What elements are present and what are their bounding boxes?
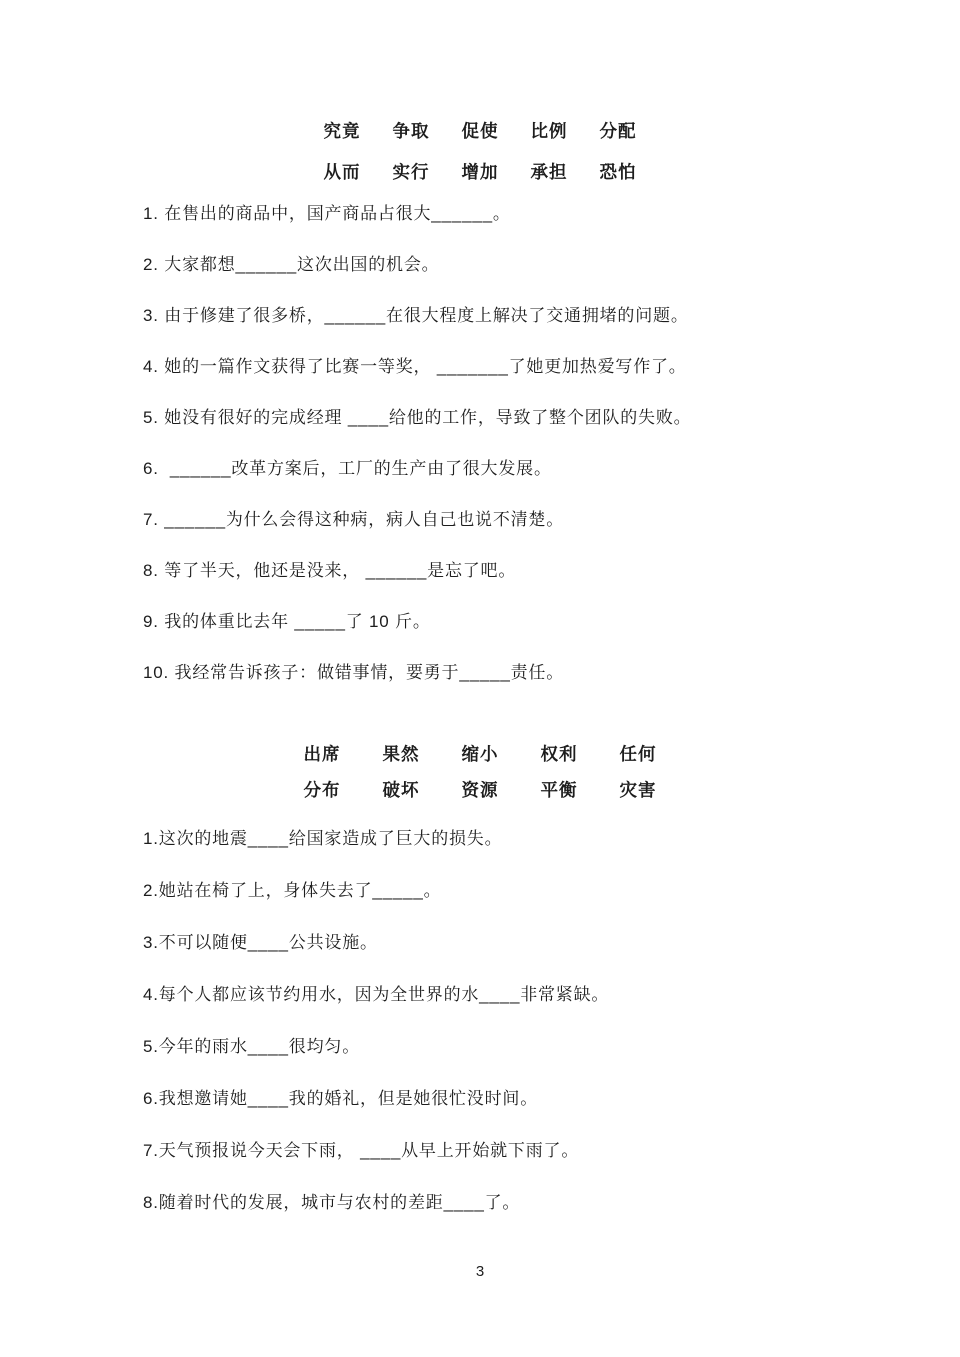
exercise-item: 1.这次的地震____给国家造成了巨大的损失。 — [143, 827, 920, 851]
exercise-item: 7.天气预报说今天会下雨， ____从早上开始就下雨了。 — [143, 1139, 920, 1163]
word-bank-1: 究竟 争取 促使 比例 分配 从而 实行 增加 承担 恐怕 — [0, 119, 960, 184]
exercise-item: 8. 等了半天，他还是没来， ______是忘了吧。 — [143, 559, 920, 583]
word-bank-word: 增加 — [462, 160, 499, 184]
word-bank-word: 比例 — [531, 119, 568, 143]
word-bank-word: 实行 — [393, 160, 430, 184]
page-number: 3 — [0, 1262, 960, 1282]
word-bank-word: 缩小 — [462, 742, 499, 766]
exercise-item: 2.她站在椅了上，身体失去了_____。 — [143, 879, 920, 903]
word-bank-word: 究竟 — [324, 119, 361, 143]
exercise-item: 10. 我经常告诉孩子：做错事情，要勇于_____责任。 — [143, 661, 920, 685]
word-bank-word: 分布 — [304, 778, 341, 802]
exercise-item: 6. ______改革方案后，工厂的生产由了很大发展。 — [143, 457, 920, 481]
exercise-item: 3.不可以随便____公共设施。 — [143, 931, 920, 955]
exercise-item: 5.今年的雨水____很均匀。 — [143, 1035, 920, 1059]
word-bank-word: 任何 — [620, 742, 657, 766]
exercise-item: 4. 她的一篇作文获得了比赛一等奖， _______了她更加热爱写作了。 — [143, 355, 920, 379]
exercise-item: 4.每个人都应该节约用水，因为全世界的水____非常紧缺。 — [143, 983, 920, 1007]
word-bank-word: 平衡 — [541, 778, 578, 802]
word-bank-word: 灾害 — [620, 778, 657, 802]
word-bank-word: 恐怕 — [600, 160, 637, 184]
exercise-item: 8.随着时代的发展，城市与农村的差距____了。 — [143, 1191, 920, 1215]
exercise-section-1: 1. 在售出的商品中，国产商品占很大______。 2. 大家都想______这… — [0, 202, 960, 685]
exercise-item: 3. 由于修建了很多桥，______在很大程度上解决了交通拥堵的问题。 — [143, 304, 920, 328]
exercise-item: 9. 我的体重比去年 _____了 10 斤。 — [143, 610, 920, 634]
word-bank-2: 出席 果然 缩小 权利 任何 分布 破坏 资源 平衡 灾害 — [0, 742, 960, 802]
word-bank-word: 果然 — [383, 742, 420, 766]
exercise-section-2: 1.这次的地震____给国家造成了巨大的损失。 2.她站在椅了上，身体失去了__… — [0, 827, 960, 1215]
worksheet-page: 究竟 争取 促使 比例 分配 从而 实行 增加 承担 恐怕 1. 在售出的商品中… — [0, 0, 960, 1357]
word-bank-word: 承担 — [531, 160, 568, 184]
word-bank-word: 出席 — [304, 742, 341, 766]
word-bank-word: 争取 — [393, 119, 430, 143]
exercise-item: 5. 她没有很好的完成经理 ____给他的工作，导致了整个团队的失败。 — [143, 406, 920, 430]
word-bank-word: 权利 — [541, 742, 578, 766]
exercise-item: 6.我想邀请她____我的婚礼，但是她很忙没时间。 — [143, 1087, 920, 1111]
exercise-item: 1. 在售出的商品中，国产商品占很大______。 — [143, 202, 920, 226]
word-bank-word: 分配 — [600, 119, 637, 143]
exercise-item: 7. ______为什么会得这种病，病人自己也说不清楚。 — [143, 508, 920, 532]
word-bank-word: 资源 — [462, 778, 499, 802]
exercise-item: 2. 大家都想______这次出国的机会。 — [143, 253, 920, 277]
word-bank-word: 破坏 — [383, 778, 420, 802]
word-bank-word: 促使 — [462, 119, 499, 143]
word-bank-word: 从而 — [324, 160, 361, 184]
